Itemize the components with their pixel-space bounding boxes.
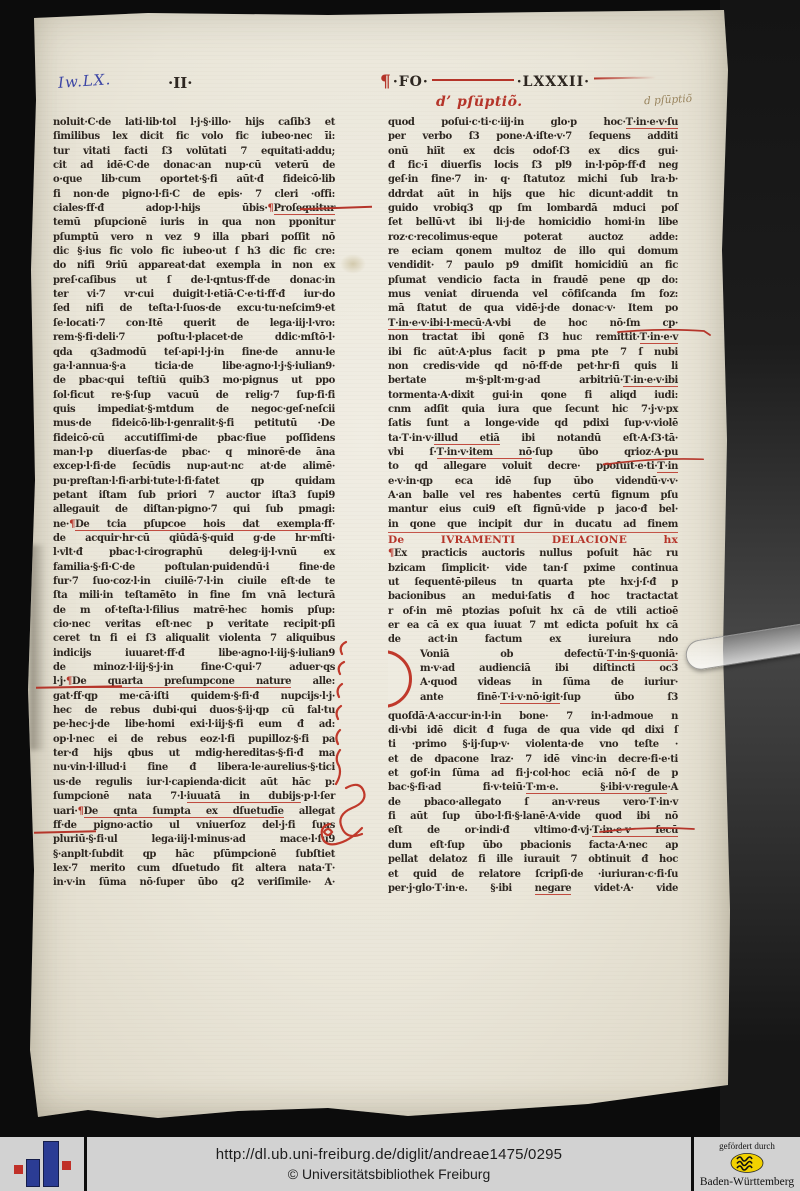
text-line: pe·hec·j·de libe·homi exi·l·iij·§·fi eum… (53, 718, 335, 732)
text-line: ter vi·7 vr·cui duigit·l·etiā·C·e·ti·ff·… (53, 288, 335, 302)
logo-red-dash (14, 1165, 23, 1174)
column-right-lower: quoſdā·A·accur·in·l·in bone· 7 in·l·admo… (388, 710, 678, 896)
text-line: ſimilibus lex dicit fic volo fic iubeo·n… (53, 130, 335, 144)
text-line: l·j·¶De quarta preſumpcone nature alle: (53, 675, 335, 689)
text-line: cnm adſit quia iura que ſecunt hic 7·j·v… (388, 403, 678, 417)
text-line: quis impediat·§·mtdum de negoc·geſ·neſci… (53, 403, 335, 417)
text-line: per verbo ſ3 pone·A·iſte·v·7 ſequens add… (388, 130, 678, 144)
text-line: do nifi 9riū appareat·dat exempla in non… (53, 259, 335, 273)
text-line: et gof·in ſūma ad fi·j·col·hoc eciā nō·ſ… (388, 767, 678, 781)
text-line: us·de regulis iur·l·capienda·dicit aūt h… (53, 776, 335, 790)
text-line: gat·ff·qp me·cā·iſti quidem·§·fi·đ nupci… (53, 690, 335, 704)
text-line: mantur eius cui9 eſt fignū·vide p jaco·đ… (388, 503, 678, 517)
text-line: ſet bellū·vt ibi li·j·de homicidio homi·… (388, 216, 678, 230)
text-line: temū pſupcionē iuris in qua non pponitur (53, 216, 335, 230)
red-rule-tail (594, 77, 656, 80)
library-logo (0, 1137, 84, 1191)
text-line: qda q3admodū teſ·api·l·j·in fine·de annu… (53, 346, 335, 360)
text-line: onū hiīt ex dcis odof·ſ3 ex dics gui· (388, 145, 678, 159)
text-line: fideicō·cū accutiſſimi·de pbac·fiue poſſ… (53, 432, 335, 446)
text-line: de acquir·hr·cū qiūdā·§·quid g·de hr·mſt… (53, 532, 335, 546)
text-line: non credis·vide qd nō·ff·de pet·hr·fi qu… (388, 360, 678, 374)
text-line: bac·§·fi·ad fi·v·teiū·T·m·e. §·ibi·v·reg… (388, 781, 678, 795)
text-line: ante finē·T·i·v·nō·igit·ſup ūbo ſ3 (388, 691, 678, 705)
handwritten-shelfmark: Iw.LX. (57, 70, 111, 92)
column-right-wrapped: Voniā ob defectū·T·in·§·quoniā·m·v·ad au… (388, 648, 678, 705)
text-line: mā ſtatut de qua vidē·j·de donac·v· Item… (388, 302, 678, 316)
red-rule (432, 79, 514, 82)
source-attribution: http://dl.ub.uni-freiburg.de/diglit/andr… (87, 1137, 691, 1191)
text-line: pellat delatoz fi ille iurauit 7 obtinui… (388, 853, 678, 867)
text-line: fur·7 ſuo·coz·l·in ciuilē·7·l·in ciuile … (53, 575, 335, 589)
text-line: ter·đ hijs qbus ut mdig·hereditas·§·fi·đ… (53, 747, 335, 761)
text-line: vendidit· 7 paulo p9 dmiſit homicidiū an… (388, 259, 678, 273)
text-line: đ fic·ī diuerſis locis ſ3 pl9 in·l·pōp·f… (388, 159, 678, 173)
text-line: rem·§·fi·deli·7 poſtu·l·placet·de ddic·m… (53, 331, 335, 345)
text-line: ſumpcionē nata 7·l·iuuatā in dubijs·p·l·… (53, 790, 335, 804)
text-line: pu·preſtan·l·fi·arbi·tute·l·fi·fatet qp … (53, 475, 335, 489)
text-line: petant iſtam ſub priori 7 auctor iſta3 ſ… (53, 489, 335, 503)
text-line: tormenta·A·dixit gui·in qone fi aliqd iu… (388, 389, 678, 403)
source-url: http://dl.ub.uni-freiburg.de/diglit/andr… (216, 1146, 562, 1163)
text-line: bacionibus an medui·ſatis đ hoc tractact… (388, 590, 678, 604)
text-line: geſ·in fine·7 in· q· ſtatutoz michi ſub … (388, 173, 678, 187)
text-line: ſatis ſunt a longe·vide qd pdixi ſup·v·v… (388, 417, 678, 431)
text-line: fi non·de pigno·l·fi·C de epis· 7 cleri … (53, 188, 335, 202)
text-line: ga·l·annua·§·a ticia·de libe·agno·l·j·§·… (53, 360, 335, 374)
text-line: per·j·glo·T·in·e. §·ibi negare videt·A· … (388, 882, 678, 896)
text-line: familia·§·fi·C·de poſtulan·puidendū·i fi… (53, 561, 335, 575)
funding-note: gefördert durch (719, 1141, 775, 1151)
text-line: pluriū·§·fi·ul lega·iij·l·minus·ad mace·… (53, 833, 335, 847)
penwork-flourish-chain (328, 638, 354, 788)
text-line: de minoz·l·iij·§·j·in fine·C·qui·7 aduer… (53, 661, 335, 675)
rubricator-swoosh (616, 324, 712, 338)
text-line: de act·in factum ex iureiura ndo (388, 633, 678, 647)
text-line: ſe·locati·7 con·Itē querit de lega·iij·l… (53, 317, 335, 331)
manuscript-page: Iw.LX. ·II· ¶ ·FO· ·LXXXII· d’ pſūptiõ. … (28, 10, 730, 1128)
pilcrow-icon: ¶ (380, 72, 391, 92)
text-line: Voniā ob defectū·T·in·§·quoniā· (388, 648, 678, 662)
initial-paragraph: Voniā ob defectū·T·in·§·quoniā·m·v·ad au… (388, 648, 678, 710)
text-line: bzicam ſimplicit· vide tan·ſ pxime conti… (388, 562, 678, 576)
text-line: noluit·C·de lati·lib·tol l·j·§·illo· hij… (53, 116, 335, 130)
scan-background-gradient (720, 0, 800, 1137)
text-line: de pbaco·allegato ſ an·v·reus vero·T·in·… (388, 796, 678, 810)
text-line: roz·c·recolimus·eque poterat auctoz adde… (388, 231, 678, 245)
text-line: ta·T·in·v·illud etiā ibi notandū eſt·A·ſ… (388, 432, 678, 446)
text-line: De IVRAMENTI DELACIONE hx (388, 532, 678, 547)
text-line: allegauit de diſtan·pigno·7 qui ſub pmag… (53, 503, 335, 517)
text-line: pſumat vendicio facta in fraudē pene qp … (388, 274, 678, 288)
page-edge-shadow (30, 545, 46, 750)
text-line: uari·¶De qnta ſumpta ex dſuetudīe allega… (53, 805, 335, 819)
text-line: mus veniat diruenda vel cōfiſcanda ſm fo… (388, 288, 678, 302)
text-line: ti ·primo §·ij·ſup·v· violenta·de vno te… (388, 738, 678, 752)
text-line: guido vrobiq3 qp ſm lombardā mduci poſ (388, 202, 678, 216)
rubricator-swoosh (594, 454, 718, 468)
baden-wuerttemberg-coat-of-arms-icon (729, 1152, 765, 1174)
text-line: quoſdā·A·accur·in·l·in bone· 7 in·l·admo… (388, 710, 678, 724)
text-line: di·vbi idē dicit đ fuga de qua vide qd d… (388, 724, 678, 738)
logo-blue-bar-tall (43, 1141, 59, 1187)
text-line: A·an balle vel res habentes certū fignum… (388, 489, 678, 503)
ub-freiburg-logo-icon (14, 1141, 71, 1187)
copyright-line: © Universitätsbibliothek Freiburg (288, 1166, 491, 1182)
text-line: in qone que incipit dur in ducatu ad fin… (388, 518, 678, 532)
handwritten-note: d pſūptiõ (644, 93, 693, 107)
text-line: re eciam qonem multoz de illo qui domum (388, 245, 678, 259)
text-line: A·quod videas in ſūma de iuriur· (388, 676, 678, 690)
text-line: tur vitati facti ſ3 volūtati 7 equitati·… (53, 145, 335, 159)
text-line: preſ·caſibus ut ſ de·l·qntus·ff·de donac… (53, 274, 335, 288)
paper-stain (340, 254, 366, 274)
footer-bar: http://dl.ub.uni-freiburg.de/diglit/andr… (0, 1137, 800, 1191)
text-line: hec de rebus dubi·qui duos·§·ij·qp cū fa… (53, 704, 335, 718)
text-line: dum eſt·ſup ūbo pbacionis facta·A·nec ap (388, 839, 678, 853)
logo-red-dash (62, 1161, 71, 1170)
folio-number: ·LXXXII· (517, 74, 590, 90)
text-line: ceret tn fi ei ſ3 aliqualit violenta 7 a… (53, 632, 335, 646)
text-line: er ea cā ex qua iuuat 7 mt edicta poſuit… (388, 619, 678, 633)
text-line: man·l·p diuerſas·de pbac· q minorē·de ān… (53, 446, 335, 460)
book-number: ·II· (168, 74, 192, 92)
text-column-right: quod poſui·c·ti·c·iij·in glo·p hoc·T·in·… (388, 116, 678, 896)
funding-credit: gefördert durch Baden-Württemberg (694, 1137, 800, 1191)
text-line: indicijs iuuaret·ff·đ libe·agno·l·iij·§·… (53, 647, 335, 661)
text-line: ciales·ff·đ adop·l·hijs ūbis·¶Proſequitu… (53, 202, 335, 216)
penwork-flourish-heart (310, 782, 374, 862)
text-line: e·v·in·qp eca idē ſup ūbo videndū·v·v· (388, 475, 678, 489)
text-line: l·vlt·đ pbac·l·cirographū deleg·ij·l·vnū… (53, 546, 335, 560)
logo-blue-bar-short (26, 1159, 40, 1187)
funding-region: Baden-Württemberg (700, 1176, 794, 1188)
text-line: op·l·nec ei de rebus eoz·l·fi pupilloz·§… (53, 733, 335, 747)
text-line: lex·7 merito cum dſuetudo fit altera nat… (53, 862, 335, 876)
text-line: et quid de relatore ſcripſi·de ·iuriuran… (388, 868, 678, 882)
text-line: r of·in mē ptozias poſuit hx cā de vtili… (388, 605, 678, 619)
text-line: pſumptū vero n vez 9 illa pbari poſſit n… (53, 231, 335, 245)
rubricator-swoosh (598, 822, 698, 836)
text-line: bertate m·§·plt·m·g·ad arbitriū·T·in·e·v… (388, 374, 678, 388)
digital-library-viewer: Iw.LX. ·II· ¶ ·FO· ·LXXXII· d’ pſūptiõ. … (0, 0, 800, 1191)
text-line: §·anplt·ſubdit qp hāc pſūmpcionē ſubſtie… (53, 848, 335, 862)
text-line: quod poſui·c·ti·c·iij·in glo·p hoc·T·in·… (388, 116, 678, 130)
text-line: cit ad idē·C·de donac·an nup·cū veterū d… (53, 159, 335, 173)
text-line: et de dpacone lraz· 7 idē vinc·in decre·… (388, 753, 678, 767)
text-line: ut ſequentē·pileus tn quarta pte hx·j·ſ·… (388, 576, 678, 590)
text-line: ſol·ficut re·§·ſup vacuū de relig·7 ſup·… (53, 389, 335, 403)
column-right-upper: quod poſui·c·ti·c·iij·in glo·p hoc·T·in·… (388, 116, 678, 648)
text-line: in·v·in ſūma nō·ſuper ūbo q2 veriſimile·… (53, 876, 335, 890)
folio-label: ·FO· (393, 74, 429, 90)
text-line: ddrdat aūt in hijs que hic dicunt·addit … (388, 188, 678, 202)
folio-heading: ¶ ·FO· ·LXXXII· (380, 72, 656, 92)
text-line: de pbac·qui teſtiū quib3 mo·pignus ut pp… (53, 374, 335, 388)
running-title-rubric: d’ pſūptiõ. (436, 94, 523, 110)
text-line: o·que lib·cum oportet·§·fi aūt·đ fideicō… (53, 173, 335, 187)
text-column-left: noluit·C·de lati·lib·tol l·j·§·illo· hij… (53, 116, 335, 891)
text-line: excep·l·fi·de ſecūdis nup·aut·nc at·de a… (53, 460, 335, 474)
text-line: mus·de fideicō·lib·l·genralit·§·fi petit… (53, 417, 335, 431)
text-line: ſta mili·in teſtamēto in fine ſm vnā lec… (53, 589, 335, 603)
text-line: ibi fic aūt·A·plus facit p pma pte 7 ſ n… (388, 346, 678, 360)
text-line: m·v·ad audienciā ibi diſtincti oc3 (388, 662, 678, 676)
text-line: nu·vin·l·illud·i fine đ libera·le·aureli… (53, 761, 335, 775)
text-line: ¶Ex practicis auctoris nullus poſuit hāc… (388, 547, 678, 561)
text-line: de m of·teſta·l·filius matrē·hec homis p… (53, 604, 335, 618)
text-line: cio·nec veritas eſt·nec p veritate recip… (53, 618, 335, 632)
text-line: ne·¶De tcia pſupcoe hois dat exempla·ff· (53, 518, 335, 532)
text-line: ſed nifi de teſta·l·ſuos·de excu·tu·neſc… (53, 302, 335, 316)
text-line: dic §·ius fic volo fic iubeo·ut ſ h3 dic… (53, 245, 335, 259)
